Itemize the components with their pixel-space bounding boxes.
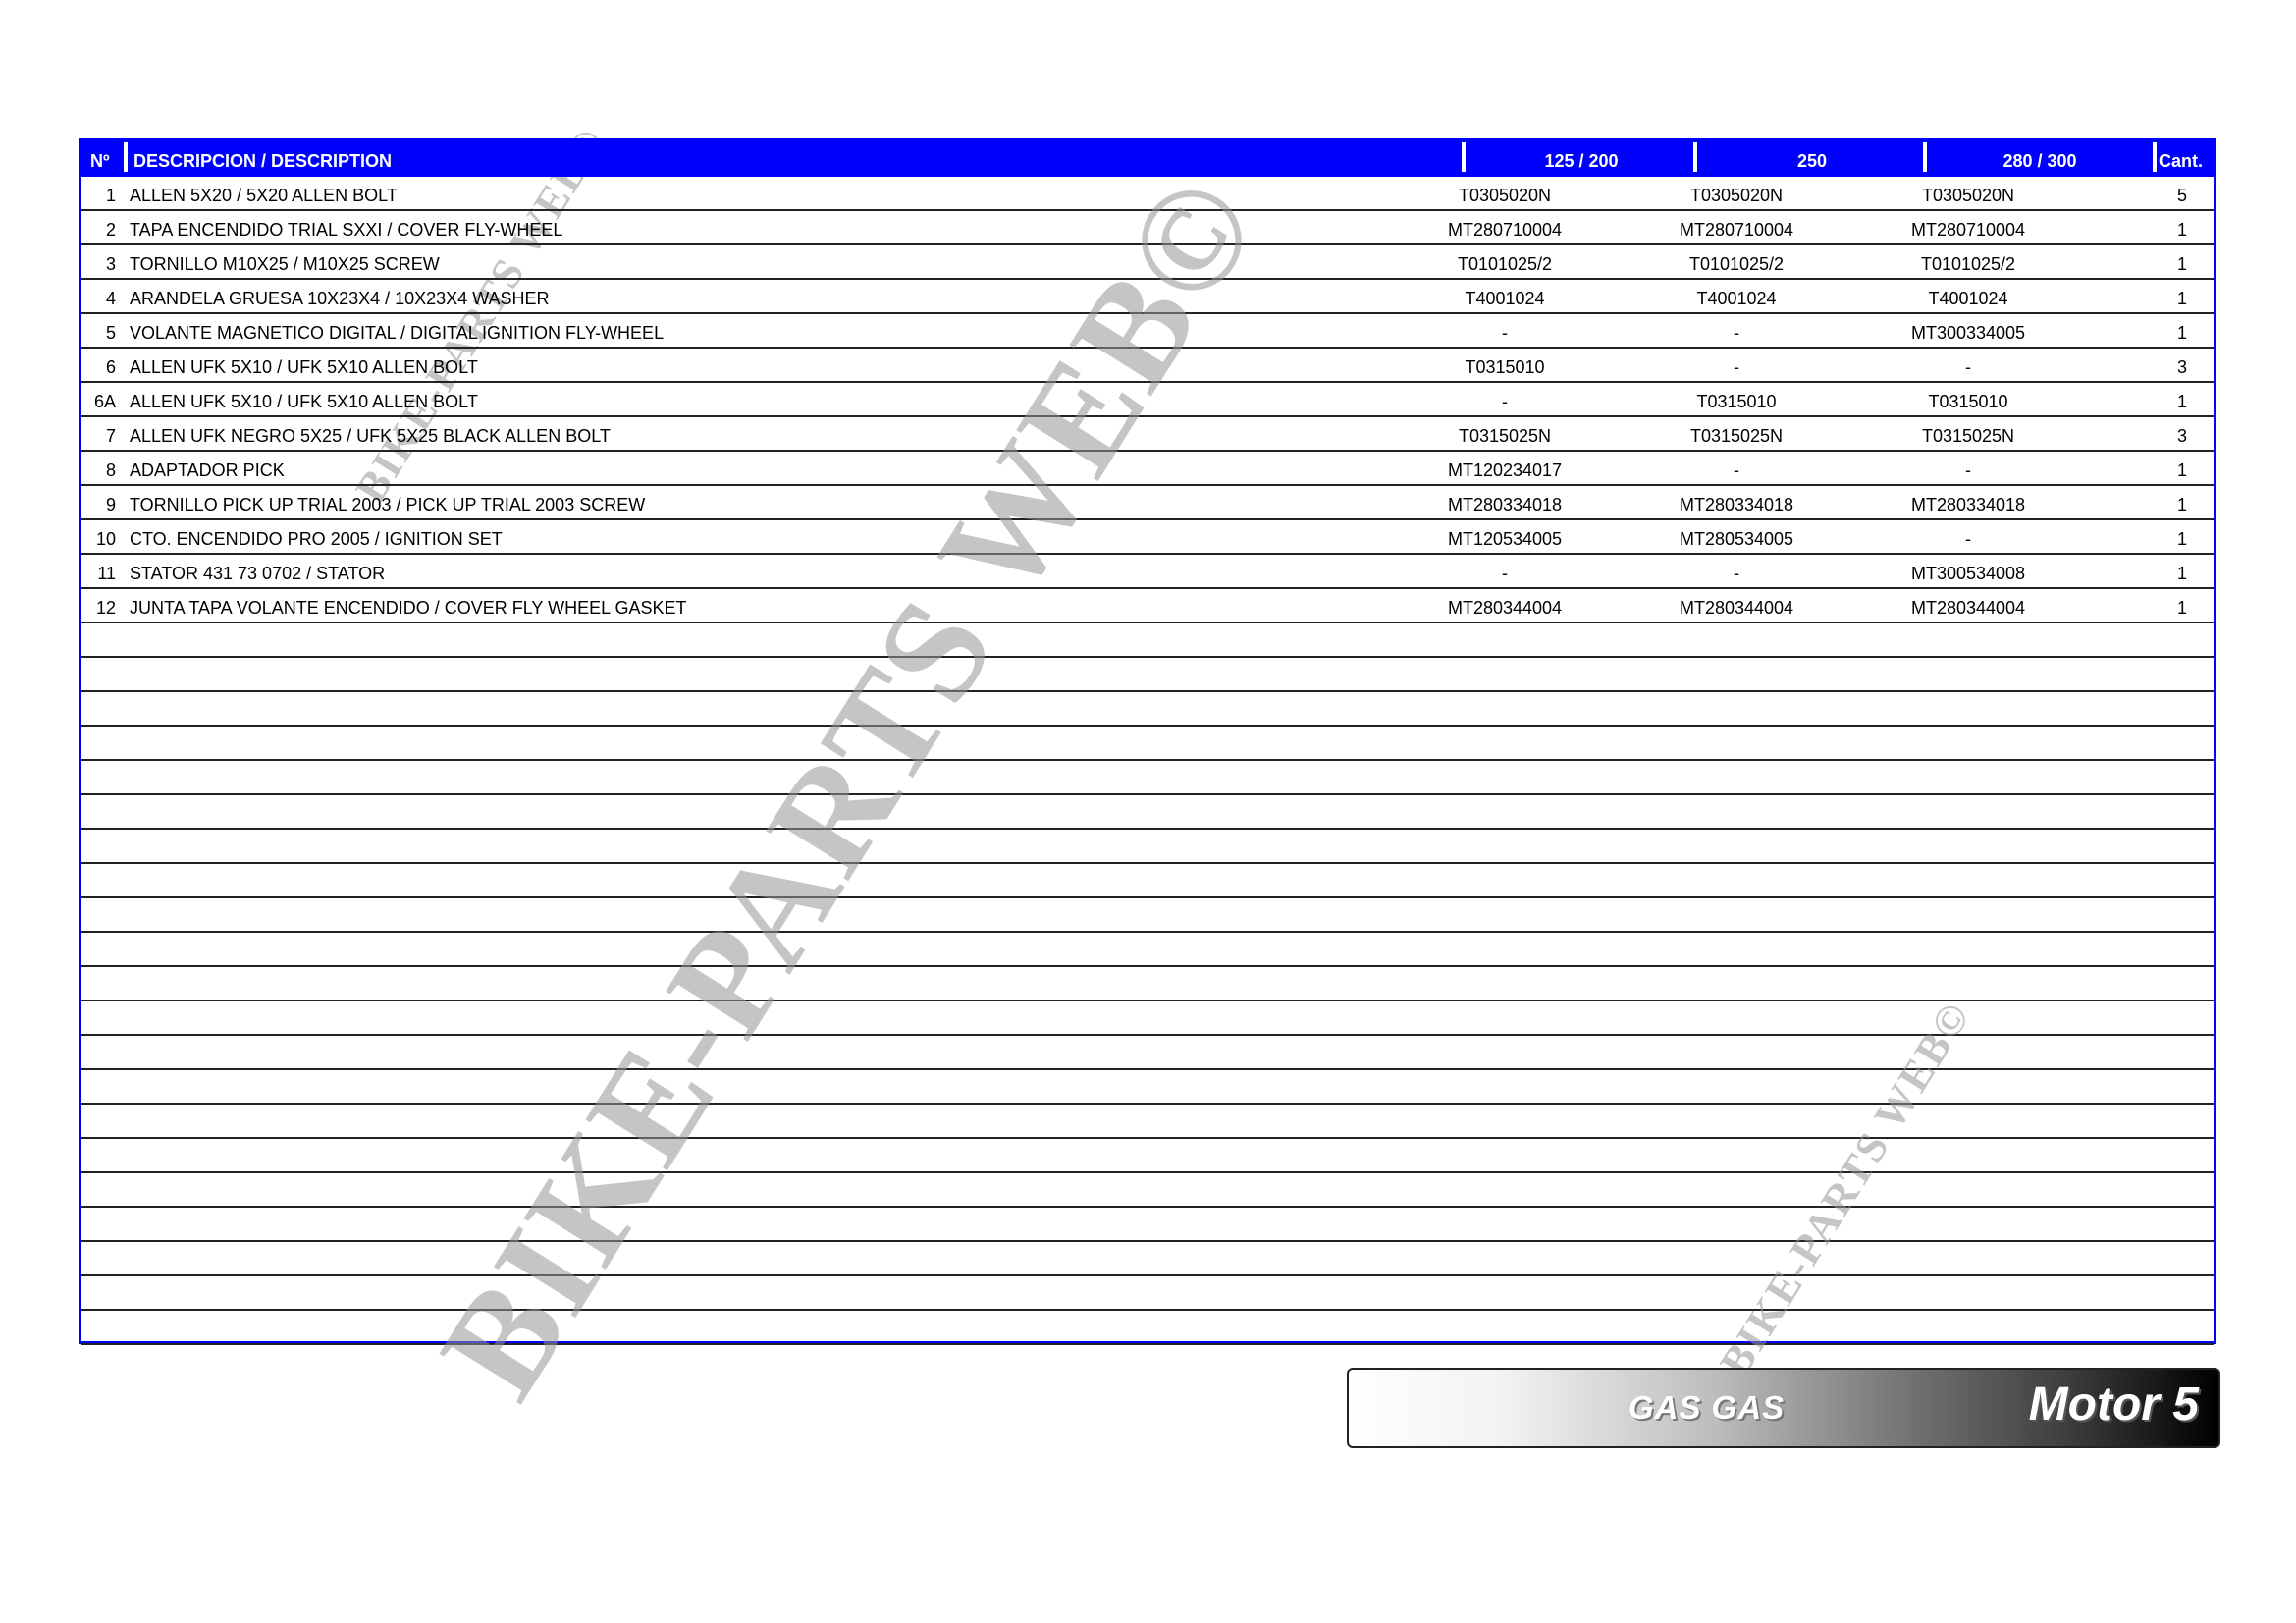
header-125-200: 125 / 200	[1466, 138, 1697, 177]
empty-table-row	[81, 1311, 2214, 1345]
row-description: STATOR 431 73 0702 / STATOR	[130, 555, 385, 587]
part-280-300: T4001024	[1811, 280, 2125, 312]
header-quantity: Cant.	[2159, 138, 2203, 177]
row-description: TORNILLO PICK UP TRIAL 2003 / PICK UP TR…	[130, 486, 645, 518]
table-row: 9TORNILLO PICK UP TRIAL 2003 / PICK UP T…	[81, 486, 2214, 520]
empty-table-row	[81, 933, 2214, 967]
part-280-300: MT300334005	[1811, 314, 2125, 347]
table-row: 12JUNTA TAPA VOLANTE ENCENDIDO / COVER F…	[81, 589, 2214, 623]
part-280-300: T0305020N	[1811, 177, 2125, 209]
row-quantity: 1	[2167, 520, 2197, 553]
row-quantity: 1	[2167, 245, 2197, 278]
row-description: TAPA ENCENDIDO TRIAL SXXI / COVER FLY-WH…	[130, 211, 562, 243]
table-header: Nº DESCRIPCION / DESCRIPTION 125 / 200 2…	[79, 138, 2216, 177]
row-description: TORNILLO M10X25 / M10X25 SCREW	[130, 245, 440, 278]
row-quantity: 1	[2167, 486, 2197, 518]
empty-table-row	[81, 692, 2214, 727]
empty-table-row	[81, 967, 2214, 1001]
row-description: VOLANTE MAGNETICO DIGITAL / DIGITAL IGNI…	[130, 314, 664, 347]
row-quantity: 1	[2167, 280, 2197, 312]
row-number: 11	[81, 555, 116, 587]
table-row: 11STATOR 431 73 0702 / STATOR--MT3005340…	[81, 555, 2214, 589]
table-row: 1ALLEN 5X20 / 5X20 ALLEN BOLTT0305020NT0…	[81, 177, 2214, 211]
part-280-300: -	[1811, 452, 2125, 484]
row-number: 7	[81, 417, 116, 450]
empty-table-row	[81, 1105, 2214, 1139]
empty-table-row	[81, 623, 2214, 658]
table-row: 8ADAPTADOR PICKMT120234017--1	[81, 452, 2214, 486]
row-quantity: 1	[2167, 555, 2197, 587]
empty-table-row	[81, 727, 2214, 761]
row-number: 6	[81, 349, 116, 381]
part-280-300: MT280344004	[1811, 589, 2125, 622]
table-body: 1ALLEN 5X20 / 5X20 ALLEN BOLTT0305020NT0…	[81, 177, 2214, 1380]
row-number: 12	[81, 589, 116, 622]
empty-table-row	[81, 1070, 2214, 1105]
row-number: 1	[81, 177, 116, 209]
row-number: 3	[81, 245, 116, 278]
part-280-300: -	[1811, 349, 2125, 381]
table-row: 5VOLANTE MAGNETICO DIGITAL / DIGITAL IGN…	[81, 314, 2214, 349]
row-description: ARANDELA GRUESA 10X23X4 / 10X23X4 WASHER	[130, 280, 550, 312]
empty-table-row	[81, 898, 2214, 933]
row-description: ALLEN 5X20 / 5X20 ALLEN BOLT	[130, 177, 398, 209]
row-description: JUNTA TAPA VOLANTE ENCENDIDO / COVER FLY…	[130, 589, 686, 622]
row-quantity: 1	[2167, 383, 2197, 415]
part-280-300: T0315025N	[1811, 417, 2125, 450]
table-row: 6ALLEN UFK 5X10 / UFK 5X10 ALLEN BOLTT03…	[81, 349, 2214, 383]
empty-table-row	[81, 1139, 2214, 1173]
parts-table: Nº DESCRIPCION / DESCRIPTION 125 / 200 2…	[79, 138, 2216, 1344]
row-number: 8	[81, 452, 116, 484]
row-description: CTO. ENCENDIDO PRO 2005 / IGNITION SET	[130, 520, 503, 553]
header-separator	[2153, 142, 2157, 172]
row-number: 10	[81, 520, 116, 553]
table-row: 10CTO. ENCENDIDO PRO 2005 / IGNITION SET…	[81, 520, 2214, 555]
section-title: Motor 5	[2029, 1378, 2199, 1432]
brand-name: GAS GAS	[1629, 1389, 1785, 1427]
part-280-300: MT280710004	[1811, 211, 2125, 243]
empty-table-row	[81, 830, 2214, 864]
header-number: Nº	[90, 138, 110, 177]
empty-table-row	[81, 658, 2214, 692]
row-description: ALLEN UFK NEGRO 5X25 / UFK 5X25 BLACK AL…	[130, 417, 611, 450]
header-280-300: 280 / 300	[1927, 138, 2153, 177]
row-quantity: 1	[2167, 452, 2197, 484]
row-number: 9	[81, 486, 116, 518]
header-description: DESCRIPCION / DESCRIPTION	[133, 138, 392, 177]
table-row: 3TORNILLO M10X25 / M10X25 SCREWT0101025/…	[81, 245, 2214, 280]
row-quantity: 5	[2167, 177, 2197, 209]
empty-table-row	[81, 1173, 2214, 1208]
empty-table-row	[81, 1208, 2214, 1242]
empty-table-row	[81, 864, 2214, 898]
row-quantity: 3	[2167, 417, 2197, 450]
part-280-300: T0101025/2	[1811, 245, 2125, 278]
row-number: 2	[81, 211, 116, 243]
part-280-300: MT300534008	[1811, 555, 2125, 587]
header-separator	[124, 142, 128, 172]
table-row: 7ALLEN UFK NEGRO 5X25 / UFK 5X25 BLACK A…	[81, 417, 2214, 452]
row-description: ALLEN UFK 5X10 / UFK 5X10 ALLEN BOLT	[130, 349, 478, 381]
part-280-300: MT280334018	[1811, 486, 2125, 518]
row-description: ALLEN UFK 5X10 / UFK 5X10 ALLEN BOLT	[130, 383, 478, 415]
empty-table-row	[81, 761, 2214, 795]
row-quantity: 1	[2167, 589, 2197, 622]
empty-table-row	[81, 1036, 2214, 1070]
part-280-300: -	[1811, 520, 2125, 553]
empty-table-row	[81, 1276, 2214, 1311]
header-250: 250	[1697, 138, 1927, 177]
footer-banner: GAS GAS Motor 5	[1347, 1368, 2220, 1448]
row-number: 5	[81, 314, 116, 347]
empty-table-row	[81, 795, 2214, 830]
row-description: ADAPTADOR PICK	[130, 452, 285, 484]
table-row: 6AALLEN UFK 5X10 / UFK 5X10 ALLEN BOLT-T…	[81, 383, 2214, 417]
table-row: 2TAPA ENCENDIDO TRIAL SXXI / COVER FLY-W…	[81, 211, 2214, 245]
row-number: 6A	[81, 383, 116, 415]
empty-table-row	[81, 1242, 2214, 1276]
row-quantity: 1	[2167, 314, 2197, 347]
part-280-300: T0315010	[1811, 383, 2125, 415]
table-row: 4ARANDELA GRUESA 10X23X4 / 10X23X4 WASHE…	[81, 280, 2214, 314]
row-number: 4	[81, 280, 116, 312]
empty-table-row	[81, 1001, 2214, 1036]
row-quantity: 1	[2167, 211, 2197, 243]
row-quantity: 3	[2167, 349, 2197, 381]
